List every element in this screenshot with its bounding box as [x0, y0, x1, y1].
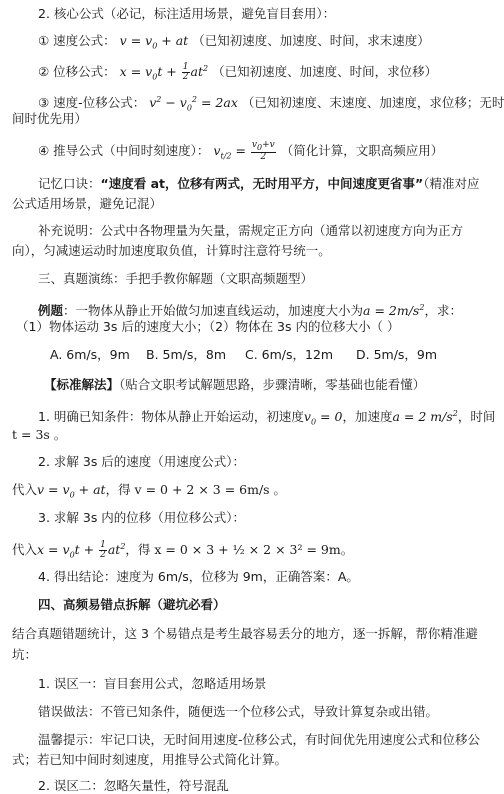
formula-expression: vt/2 = v0+v2 — [213, 143, 276, 158]
supplement-note: 补充说明：公式中各物理量为矢量，需规定正方向（通常以初速度方向为正方 — [38, 222, 504, 240]
example-formula: a = 2m/s2 — [363, 303, 424, 318]
solution-step-4: 4. 得出结论：速度为 6m/s，位移为 9m，正确答案：A。 — [38, 568, 504, 586]
formula-note: （已知初速度、加速度、时间，求末速度） — [192, 33, 430, 48]
step-text: 1. 明确已知条件：物体从静止开始运动，初速度 — [38, 409, 304, 424]
mistake-2-title: 2. 误区二：忽略矢量性，符号混乱 — [38, 777, 504, 794]
solution-note: （贴合文职考试解题思路，步骤清晰，零基础也能看懂） — [119, 377, 425, 392]
solution-step-1-continued: t = 3s 。 — [12, 426, 504, 444]
formula-note: （已知初速度、末速度、加速度，求位移；无时 — [242, 95, 504, 110]
option-a: A. 6m/s，9m — [50, 346, 130, 364]
supplement-note-continued: 向），匀减速运动时加速度取负值，计算时注意符号统一。 — [12, 242, 504, 260]
formula-expression: v = v0 + at — [120, 33, 189, 48]
step-text: ，时间 — [458, 409, 496, 424]
example-label: 例题 — [38, 303, 63, 318]
mnemonic-note: （精准对应 — [423, 176, 479, 191]
initial-velocity: v0 = 0 — [304, 409, 343, 424]
calc-formula: x = v0t + 12at2 — [37, 542, 125, 557]
solution-step-2: 2. 求解 3s 后的速度（用速度公式）： — [38, 453, 504, 471]
mistakes-intro-continued: 坑： — [12, 646, 504, 664]
example-subquestions: （1）物体运动 3s 后的速度大小；（2）物体在 3s 内的位移大小（ ） — [16, 318, 504, 336]
standard-solution-heading: 【标准解法】（贴合文职考试解题思路，步骤清晰，零基础也能看懂） — [44, 376, 504, 394]
example-question: 例题：一物体从静止开始做匀加速直线运动，加速度大小为a = 2m/s2，求： — [38, 299, 504, 320]
step-text: ，加速度 — [342, 409, 392, 424]
formula-label: ④ 推导公式（中间时刻速度）： — [38, 143, 209, 158]
calc-formula: v = v0 + at — [37, 482, 106, 497]
mistake-1-tip-continued: 式；若已知中间时刻速度，用推导公式简化计算。 — [12, 751, 504, 769]
formula-note: （简化计算，文职高频应用） — [281, 143, 444, 158]
solution-label: 【标准解法】 — [44, 377, 119, 392]
core-formulas-heading: 2. 核心公式（必记，标注适用场景，避免盲目套用）： — [38, 5, 504, 23]
option-c: C. 6m/s，12m — [245, 346, 333, 364]
formula-midtime-velocity: ④ 推导公式（中间时刻速度）： vt/2 = v0+v2 （简化计算，文职高频应… — [38, 141, 504, 165]
exam-practice-heading: 三、真题演练：手把手教你解题（文职高频题型） — [38, 270, 504, 288]
formula-label: ① 速度公式： — [38, 33, 116, 48]
calc-prefix: 代入 — [12, 542, 37, 557]
formula-label: ② 位移公式： — [38, 64, 116, 79]
document-page: 2. 核心公式（必记，标注适用场景，避免盲目套用）： ① 速度公式： v = v… — [0, 0, 504, 794]
example-text-end: ，求： — [424, 303, 462, 318]
calc-result: ，得 x = 0 × 3 + ½ × 2 × 3² = 9m。 — [125, 542, 353, 557]
mnemonic: 记忆口诀：“速度看 at，位移有两式，无时用平方，中间速度更省事”（精准对应 — [38, 175, 504, 193]
option-b: B. 5m/s，8m — [146, 346, 226, 364]
formula-note: （已知初速度、加速度、时间，求位移） — [212, 64, 437, 79]
mistake-1-title: 1. 误区一：盲目套用公式，忽略适用场景 — [38, 675, 504, 693]
mnemonic-note-continued: 公式适用场景，避免记混） — [12, 195, 504, 213]
calc-prefix: 代入 — [12, 482, 37, 497]
mnemonic-text: “速度看 at，位移有两式，无时用平方，中间速度更省事” — [101, 176, 424, 191]
mistake-1-wrong-practice: 错误做法：不管已知条件，随便选一个位移公式，导致计算复杂或出错。 — [38, 703, 504, 721]
mistake-1-tip: 温馨提示：牢记口诀，无时间用速度-位移公式，有时间优先用速度公式和位移公 — [38, 731, 504, 749]
mnemonic-label: 记忆口诀： — [38, 176, 101, 191]
formula-label: ③ 速度-位移公式： — [38, 95, 145, 110]
option-d: D. 5m/s，9m — [356, 346, 437, 364]
acceleration: a = 2 m/s2 — [392, 409, 457, 424]
calc-result: ，得 v = 0 + 2 × 3 = 6m/s 。 — [106, 482, 286, 497]
formula-expression: v2 − v02 = 2ax — [149, 95, 238, 110]
formula-velocity: ① 速度公式： v = v0 + at （已知初速度、加速度、时间，求末速度） — [38, 32, 504, 56]
formula-displacement: ② 位移公式： x = v0t + 12at2 （已知初速度、加速度、时间，求位… — [38, 60, 504, 87]
solution-step-3: 3. 求解 3s 内的位移（用位移公式）： — [38, 509, 504, 527]
formula-expression: x = v0t + 12at2 — [120, 64, 208, 79]
common-mistakes-heading: 四、高频易错点拆解（避坑必看） — [38, 596, 504, 614]
mistakes-intro: 结合真题错题统计，这 3 个易错点是考生最容易丢分的地方，逐一拆解，帮你精准避 — [12, 625, 504, 643]
solution-step-2-calc: 代入v = v0 + at，得 v = 0 + 2 × 3 = 6m/s 。 — [12, 481, 504, 505]
solution-step-3-calc: 代入x = v0t + 12at2，得 x = 0 × 3 + ½ × 2 × … — [12, 538, 504, 565]
formula-note-continued: 间时优先用） — [12, 110, 504, 128]
example-text: ：一物体从静止开始做匀加速直线运动，加速度大小为 — [63, 303, 363, 318]
